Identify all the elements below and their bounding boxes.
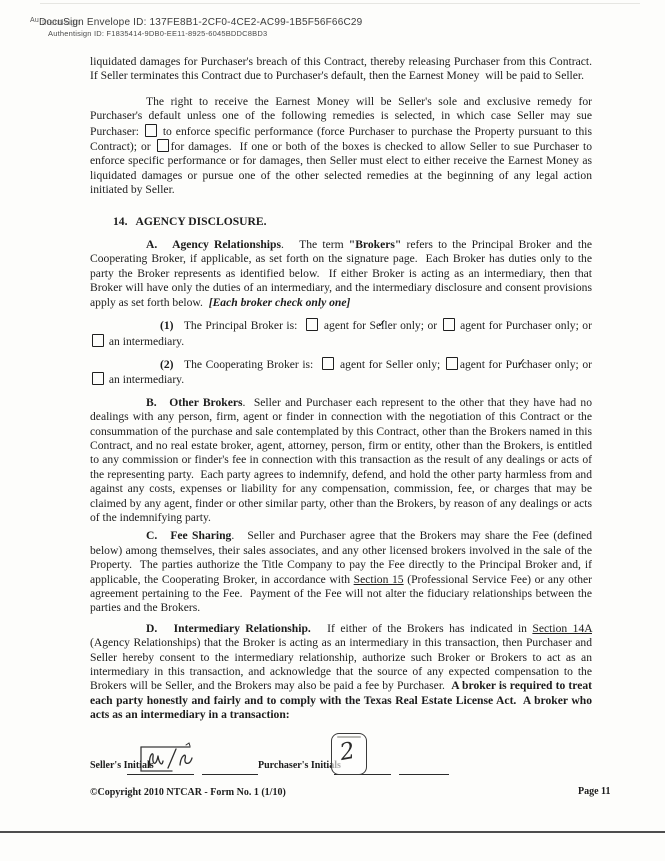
- checkbox-empty[interactable]: [157, 139, 169, 152]
- checkbox-checked[interactable]: [306, 318, 318, 331]
- checkbox-empty[interactable]: [92, 372, 104, 385]
- checkbox-empty[interactable]: [145, 124, 157, 137]
- purchaser-initials-mark: 2: [338, 738, 357, 766]
- docusign-envelope-stamp: AuDocuSign Envelope ID: 137FE8B1-2CF0-4C…: [30, 17, 362, 28]
- text-segment: The Cooperating Broker is:: [174, 358, 321, 371]
- text-segment: [Each broker check only one]: [209, 296, 351, 309]
- heading-agency-disclosure: 14. AGENCY DISCLOSURE.: [113, 215, 592, 229]
- copyright-line: ©Copyright 2010 NTCAR - Form No. 1 (1/10…: [90, 787, 286, 798]
- text-segment: an intermediary.: [106, 373, 184, 386]
- text-segment: liquidated damages for Purchaser's breac…: [90, 55, 598, 82]
- purchaser-initials-stamp[interactable]: 2: [331, 733, 367, 775]
- item-cooperating-broker: (2) The Cooperating Broker is: agent for…: [90, 357, 592, 388]
- paragraph-fee-sharing: C. Fee Sharing. Seller and Purchaser agr…: [90, 529, 592, 615]
- text-segment: If either of the Brokers has indicated i…: [311, 622, 533, 635]
- authentisign-id-stamp: Authentisign ID: F1835414-9DB0-EE11-8925…: [48, 29, 362, 38]
- text-segment: C. Fee Sharing: [146, 529, 231, 542]
- text-segment: (2): [160, 358, 174, 371]
- text-segment: agent for Seller only;: [336, 358, 443, 371]
- text-segment: The Principal Broker is:: [174, 319, 305, 332]
- text-segment: (1): [160, 319, 174, 332]
- seller-initials-signature[interactable]: [138, 741, 200, 780]
- text-segment: . Seller and Purchaser each represent to…: [90, 396, 595, 524]
- text-segment: Section 15: [354, 573, 404, 586]
- text-segment: agent for Purchaser only; or: [457, 319, 595, 332]
- text-segment: . The term: [281, 238, 349, 251]
- checkbox-empty[interactable]: [92, 334, 104, 347]
- seller-initials-line-2[interactable]: [202, 774, 258, 775]
- text-segment: Section 14A: [532, 622, 592, 635]
- docusign-envelope-id: DocuSign Envelope ID: 137FE8B1-2CF0-4CE2…: [39, 17, 362, 28]
- checkbox-empty[interactable]: [443, 318, 455, 331]
- scan-bottom-rule: [0, 831, 665, 833]
- paragraph-earnest-money-remedy: The right to receive the Earnest Money w…: [90, 95, 592, 198]
- stamp-overlap-prefix: Au: [30, 17, 39, 24]
- contract-body: liquidated damages for Purchaser's breac…: [90, 55, 592, 731]
- scan-edge-artifact: [40, 3, 640, 4]
- paragraph-liquidated-damages: liquidated damages for Purchaser's breac…: [90, 55, 592, 84]
- text-segment: D. Intermediary Relationship.: [146, 622, 311, 635]
- paragraph-intermediary-relationship: D. Intermediary Relationship. If either …: [90, 622, 592, 723]
- authentisign-overlap-ghost: thentisign: [42, 18, 80, 27]
- text-segment: an intermediary.: [106, 335, 184, 348]
- scanned-contract-page: AuDocuSign Envelope ID: 137FE8B1-2CF0-4C…: [0, 0, 665, 861]
- text-segment: A. Agency Relationships: [146, 238, 281, 251]
- paragraph-other-brokers: B. Other Brokers. Seller and Purchaser e…: [90, 396, 592, 526]
- purchaser-initials-line-2[interactable]: [399, 774, 449, 775]
- page-number: Page 11: [578, 786, 611, 797]
- purchaser-initials-label: Purchaser's Initials: [258, 760, 341, 771]
- item-principal-broker: (1) The Principal Broker is: agent for S…: [90, 318, 592, 349]
- text-segment: B. Other Brokers: [146, 396, 243, 409]
- paragraph-agency-relationships: A. Agency Relationships. The term "Broke…: [90, 238, 592, 310]
- checkbox-checked[interactable]: [446, 357, 458, 370]
- esign-stamps: AuDocuSign Envelope ID: 137FE8B1-2CF0-4C…: [30, 17, 362, 38]
- text-segment: "Brokers": [349, 238, 402, 251]
- checkbox-empty[interactable]: [322, 357, 334, 370]
